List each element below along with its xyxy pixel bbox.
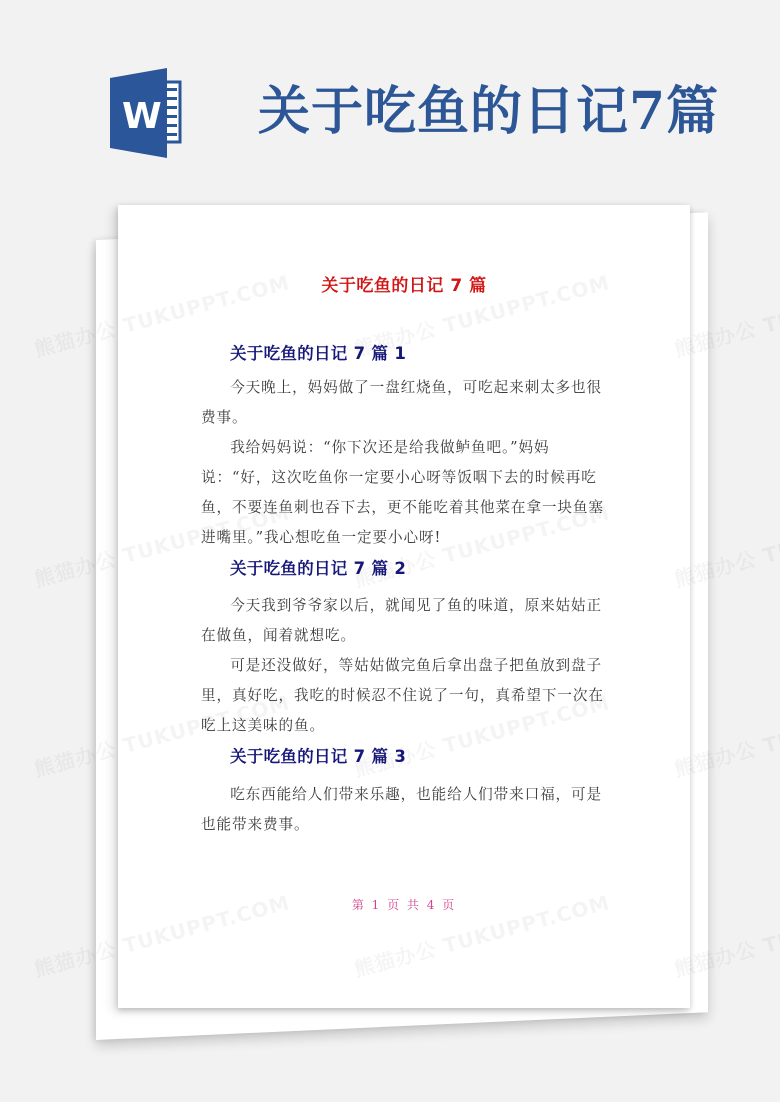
section-heading-2: 关于吃鱼的日记 7 篇 2 xyxy=(230,555,406,579)
banner-title: 关于吃鱼的日记7篇 xyxy=(258,72,719,152)
page-number-footer: 第 1 页 共 4 页 xyxy=(118,896,690,913)
paragraph: 可是还没做好，等姑姑做完鱼后拿出盘子把鱼放到盘子里，真好吃，我吃的时候忍不住说了… xyxy=(201,651,609,741)
paragraph: 今天我到爷爷家以后，就闻见了鱼的味道，原来姑姑正在做鱼，闻着就想吃。 xyxy=(201,591,609,651)
paragraph: 今天晚上，妈妈做了一盘红烧鱼，可吃起来刺太多也很费事。 xyxy=(201,373,609,433)
paragraph: 吃东西能给人们带来乐趣，也能给人们带来口福，可是也能带来费事。 xyxy=(201,780,609,840)
paragraph: 我给妈妈说：“你下次还是给我做鲈鱼吧。”妈妈说：“好，这次吃鱼你一定要小心呀等饭… xyxy=(201,433,609,553)
banner: W 关于吃鱼的日记7篇 xyxy=(0,0,780,190)
word-document-icon: W xyxy=(108,68,208,158)
svg-text:W: W xyxy=(122,96,162,137)
document-page: 关于吃鱼的日记 7 篇 关于吃鱼的日记 7 篇 1 今天晚上，妈妈做了一盘红烧鱼… xyxy=(118,205,690,1008)
document-title: 关于吃鱼的日记 7 篇 xyxy=(118,271,690,296)
section-heading-1: 关于吃鱼的日记 7 篇 1 xyxy=(230,340,406,364)
section-heading-3: 关于吃鱼的日记 7 篇 3 xyxy=(230,743,406,767)
